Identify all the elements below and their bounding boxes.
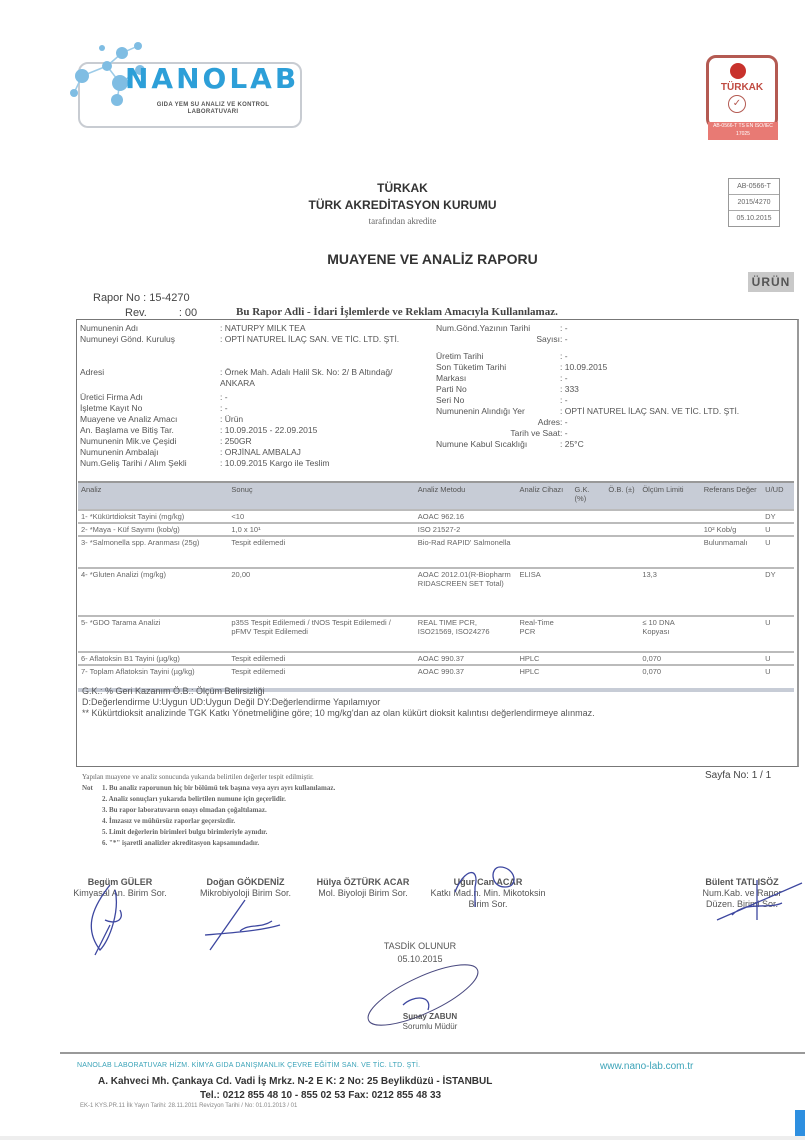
- table-cell: DY: [762, 510, 794, 523]
- table-cell: Tespit edilemedi: [228, 536, 414, 568]
- logo-tagline: GIDA YEM SU ANALIZ VE KONTROL LABORATUVA…: [138, 102, 288, 116]
- table-cell: AOAC 2012.01(R-Biopharm RIDASCREEN SET T…: [415, 568, 517, 616]
- info-value: : OPTİ NATUREL İLAÇ SAN. VE TİC. LTD. ŞT…: [220, 334, 420, 345]
- info-value: : -: [220, 392, 228, 402]
- table-cell: [639, 536, 700, 568]
- table-row: 2- *Maya - Küf Sayımı (kob/g)1,0 x 10¹IS…: [78, 523, 794, 536]
- info-label: Muayene ve Analiz Amacı: [80, 414, 220, 425]
- footnote-item: 5. Limit değerlerin birimleri bulgu biri…: [102, 827, 335, 838]
- report-number-value: 15-4270: [149, 292, 189, 304]
- table-cell: p35S Tespit Edilemedi / tNOS Tespit Edil…: [228, 616, 414, 652]
- table-cell: [572, 523, 606, 536]
- revision-label: Rev.: [125, 307, 147, 319]
- revision: Rev.: 00: [93, 307, 197, 319]
- col-result: Sonuç: [228, 482, 414, 510]
- signature-mark: [200, 895, 290, 955]
- signature-mark: [445, 862, 535, 912]
- info-row: Num.Geliş Tarihi / Alım Şekli: 10.09.201…: [80, 458, 329, 469]
- info-value: : 250GR: [220, 436, 252, 446]
- table-cell: [605, 536, 639, 568]
- footer-phone: Tel.: 0212 855 48 10 - 855 02 53 Fax: 02…: [200, 1090, 441, 1101]
- table-cell: 6- Aflatoksin B1 Tayini (µg/kg): [78, 652, 228, 665]
- info-row: Üretici Firma Adı: -: [80, 392, 228, 403]
- bottom-border: [0, 1136, 805, 1140]
- info-value: : ORJİNAL AMBALAJ: [220, 447, 301, 457]
- table-cell: DY: [762, 568, 794, 616]
- info-label: Numuneyi Gönd. Kuruluş: [80, 334, 220, 345]
- footnote-item: 2. Analiz sonuçları yukarıda belirtilen …: [102, 794, 335, 805]
- manager-name: Sunay ZABUN: [370, 1012, 490, 1022]
- info-row: Son Tüketim Tarihi: 10.09.2015: [436, 362, 607, 373]
- info-row: İşletme Kayıt No: -: [80, 403, 228, 414]
- info-label: Üretim Tarihi: [436, 351, 560, 362]
- report-title: MUAYENE VE ANALİZ RAPORU: [0, 251, 805, 267]
- report-number-label: Rapor No :: [93, 292, 146, 304]
- info-row: Markası: -: [436, 373, 568, 384]
- table-cell: [701, 652, 762, 665]
- info-label: Son Tüketim Tarihi: [436, 362, 560, 373]
- approval-block: TASDİK OLUNUR 05.10.2015: [360, 940, 480, 966]
- footer-divider: [60, 1052, 805, 1054]
- org-short-name: TÜRKAK: [0, 181, 805, 195]
- manager-title: Sorumlu Müdür: [370, 1022, 490, 1032]
- info-value: : 10.09.2015 Kargo ile Teslim: [220, 458, 329, 468]
- signature-mark: [80, 880, 150, 960]
- info-value: : -: [220, 403, 228, 413]
- col-device: Analiz Cihazı: [516, 482, 571, 510]
- info-row: Muayene ve Analiz Amacı: Ürün: [80, 414, 243, 425]
- info-label: Adresi: [80, 367, 220, 378]
- info-label: İşletme Kayıt No: [80, 403, 220, 414]
- report-number: Rapor No : 15-4270: [93, 292, 190, 304]
- info-value: : -: [560, 334, 568, 344]
- legend-note: ** Kükürtdioksit analizinde TGK Katkı Yö…: [82, 708, 782, 719]
- check-icon: ✓: [728, 95, 746, 113]
- info-row: Parti No: 333: [436, 384, 579, 395]
- info-label: Üretici Firma Adı: [80, 392, 220, 403]
- col-evaluation: U/UD: [762, 482, 794, 510]
- logo-wordmark: NANOLAB: [125, 62, 299, 95]
- table-cell: AOAC 962.16: [415, 510, 517, 523]
- info-row: Numuneyi Gönd. Kuruluş: OPTİ NATUREL İLA…: [80, 334, 420, 345]
- table-cell: U: [762, 536, 794, 568]
- table-cell: AOAC 990.37: [415, 652, 517, 665]
- table-cell: [701, 510, 762, 523]
- info-value: : 10.09.2015: [560, 362, 607, 372]
- info-value: : OPTİ NATUREL İLAÇ SAN. VE TİC. LTD. ŞT…: [560, 406, 739, 416]
- table-cell: [572, 652, 606, 665]
- col-recovery: G.K. (%): [572, 482, 606, 510]
- table-row: 3- *Salmonella spp. Aranması (25g)Tespit…: [78, 536, 794, 568]
- info-row: Numunenin Mik.ve Çeşidi: 250GR: [80, 436, 252, 447]
- accredited-by-text: tarafından akredite: [0, 216, 805, 226]
- info-value: : NATURPY MILK TEA: [220, 323, 306, 333]
- col-limit: Ölçüm Limiti: [639, 482, 700, 510]
- footer-company: NANOLAB LABORATUVAR HİZM. KİMYA GIDA DAN…: [77, 1062, 420, 1069]
- crescent-star-icon: [730, 63, 746, 79]
- page-indicator: Sayfa No: 1 / 1: [705, 770, 771, 781]
- table-cell: Bio-Rad RAPID' Salmonella: [415, 536, 517, 568]
- info-value: : -: [560, 417, 568, 427]
- analysis-table: Analiz Sonuç Analiz Metodu Analiz Cihazı…: [78, 481, 794, 692]
- table-cell: <10: [228, 510, 414, 523]
- info-label: Numunenin Ambalajı: [80, 447, 220, 458]
- table-cell: [605, 510, 639, 523]
- table-row: 5- *GDO Tarama Analizip35S Tespit Edilem…: [78, 616, 794, 652]
- table-cell: 0,070: [639, 652, 700, 665]
- table-cell: 1- *Kükürtdioksit Tayini (mg/kg): [78, 510, 228, 523]
- table-cell: U: [762, 523, 794, 536]
- info-label: Numunenin Mik.ve Çeşidi: [80, 436, 220, 447]
- table-cell: [572, 510, 606, 523]
- table-cell: [572, 536, 606, 568]
- table-cell: [516, 536, 571, 568]
- info-label: Num.Geliş Tarihi / Alım Şekli: [80, 458, 220, 469]
- signatory-name: Doğan GÖKDENİZ: [198, 877, 293, 888]
- org-full-name: TÜRK AKREDİTASYON KURUMU: [0, 198, 805, 212]
- table-cell: [572, 616, 606, 652]
- info-label: Num.Gönd.Yazının Tarihi: [436, 323, 560, 334]
- signatory-name: Hülya ÖZTÜRK ACAR: [313, 877, 413, 888]
- info-value: : -: [560, 428, 568, 438]
- col-reference: Referans Değer: [701, 482, 762, 510]
- info-row: Adres: -: [436, 417, 568, 428]
- turkak-badge-label: TÜRKAK: [706, 82, 778, 93]
- table-cell: 1,0 x 10¹: [228, 523, 414, 536]
- usage-notice: Bu Rapor Adli - İdari İşlemlerde ve Rekl…: [236, 306, 558, 318]
- footnote-list: Not 1. Bu analiz raporunun hiç bir bölüm…: [82, 783, 335, 849]
- footnote-item: 3. Bu rapor laboratuvarın onayı olmadan …: [102, 805, 335, 816]
- table-cell: Tespit edilemedi: [228, 652, 414, 665]
- info-label: Numune Kabul Sıcaklığı: [436, 439, 560, 450]
- table-cell: [516, 523, 571, 536]
- col-analysis: Analiz: [78, 482, 228, 510]
- info-label: Parti No: [436, 384, 560, 395]
- footer-doc-ref: EK-1 KYS.PR.11 İlk Yayın Tarihi: 28.11.2…: [80, 1103, 297, 1109]
- footnote-item: 4. İmzasız ve mühürsüz raporlar geçersiz…: [102, 816, 335, 827]
- table-header-row: Analiz Sonuç Analiz Metodu Analiz Cihazı…: [78, 482, 794, 510]
- info-row: Num.Gönd.Yazının Tarihi: -: [436, 323, 568, 334]
- turkak-ribbon: AB-0566-T TS EN ISO/IEC 17025: [708, 122, 778, 140]
- table-cell: Real-Time PCR: [516, 616, 571, 652]
- legend-abbrev: G.K.: % Geri Kazanım Ö.B.: Ölçüm Belirsi…: [82, 686, 782, 697]
- approval-date: 05.10.2015: [360, 953, 480, 966]
- info-value: : -: [560, 323, 568, 333]
- table-cell: [572, 568, 606, 616]
- table-cell: REAL TIME PCR, ISO21569, ISO24276: [415, 616, 517, 652]
- info-value: : 10.09.2015 - 22.09.2015: [220, 425, 317, 435]
- table-cell: [516, 510, 571, 523]
- info-row: Tarih ve Saat: -: [436, 428, 568, 439]
- signature-mark: [712, 875, 805, 925]
- table-cell: Bulunmamalı: [701, 536, 762, 568]
- approval-text: TASDİK OLUNUR: [360, 940, 480, 953]
- info-label: Tarih ve Saat: [436, 428, 560, 439]
- table-cell: 2- *Maya - Küf Sayımı (kob/g): [78, 523, 228, 536]
- info-label: Numunenin Alındığı Yer: [436, 406, 560, 417]
- info-row: Numunenin Alındığı Yer: OPTİ NATUREL İLA…: [436, 406, 739, 417]
- table-cell: 20,00: [228, 568, 414, 616]
- info-label: Sayısı: [436, 334, 560, 345]
- info-row: Seri No: -: [436, 395, 568, 406]
- table-cell: [605, 568, 639, 616]
- info-value: : 333: [560, 384, 579, 394]
- table-cell: [701, 616, 762, 652]
- table-cell: HPLC: [516, 652, 571, 665]
- table-cell: [605, 652, 639, 665]
- revision-value: : 00: [179, 307, 197, 319]
- table-cell: 5- *GDO Tarama Analizi: [78, 616, 228, 652]
- table-cell: [605, 523, 639, 536]
- table-cell: U: [762, 616, 794, 652]
- footer-address: A. Kahveci Mh. Çankaya Cd. Vadi İş Mrkz.…: [98, 1076, 492, 1087]
- col-method: Analiz Metodu: [415, 482, 517, 510]
- info-value: : Örnek Mah. Adalı Halil Sk. No: 2/ B Al…: [220, 367, 395, 388]
- table-cell: U: [762, 652, 794, 665]
- info-label: Seri No: [436, 395, 560, 406]
- table-cell: 10² Kob/g: [701, 523, 762, 536]
- table-cell: [701, 568, 762, 616]
- footnote-intro: Yapılan muayene ve analiz sonucunda yuka…: [82, 772, 335, 783]
- table-cell: 4- *Gluten Analizi (mg/kg): [78, 568, 228, 616]
- info-label: An. Başlama ve Bitiş Tar.: [80, 425, 220, 436]
- signatory: Hülya ÖZTÜRK ACAR Mol. Biyoloji Birim So…: [313, 877, 413, 899]
- footnotes: Yapılan muayene ve analiz sonucunda yuka…: [82, 772, 335, 849]
- info-row: Numunenin Ambalajı: ORJİNAL AMBALAJ: [80, 447, 301, 458]
- info-value: : -: [560, 373, 568, 383]
- category-tag: ÜRÜN: [748, 272, 794, 292]
- table-cell: ISO 21527-2: [415, 523, 517, 536]
- table-cell: [605, 616, 639, 652]
- page-edge-marker: [795, 1110, 805, 1138]
- info-value: : -: [560, 395, 568, 405]
- footnote-label: Not: [82, 783, 102, 849]
- info-row: An. Başlama ve Bitiş Tar.: 10.09.2015 - …: [80, 425, 317, 436]
- table-cell: 3- *Salmonella spp. Aranması (25g): [78, 536, 228, 568]
- table-cell: ELISA: [516, 568, 571, 616]
- info-row: Üretim Tarihi: -: [436, 351, 568, 362]
- legend: G.K.: % Geri Kazanım Ö.B.: Ölçüm Belirsi…: [82, 686, 782, 719]
- footer-website[interactable]: www.nano-lab.com.tr: [600, 1061, 693, 1072]
- table-row: 1- *Kükürtdioksit Tayini (mg/kg)<10AOAC …: [78, 510, 794, 523]
- footnote-item: 1. Bu analiz raporunun hiç bir bölümü te…: [102, 783, 335, 794]
- info-row: Sayısı: -: [436, 334, 568, 345]
- info-label: Adres: [436, 417, 560, 428]
- table-row: 6- Aflatoksin B1 Tayini (µg/kg)Tespit ed…: [78, 652, 794, 665]
- info-value: : -: [560, 351, 568, 361]
- info-row: Numunenin Adı: NATURPY MILK TEA: [80, 323, 306, 334]
- table-row: 4- *Gluten Analizi (mg/kg)20,00AOAC 2012…: [78, 568, 794, 616]
- table-cell: 13,3: [639, 568, 700, 616]
- info-label: Markası: [436, 373, 560, 384]
- info-row: Adresi: Örnek Mah. Adalı Halil Sk. No: 2…: [80, 367, 395, 388]
- signatory-title: Mol. Biyoloji Birim Sor.: [313, 888, 413, 899]
- table-cell: [639, 523, 700, 536]
- legend-evaluation: D:Değerlendirme U:Uygun UD:Uygun Değil D…: [82, 697, 782, 708]
- info-value: : Ürün: [220, 414, 243, 424]
- info-label: Numunenin Adı: [80, 323, 220, 334]
- manager-block: Sunay ZABUN Sorumlu Müdür: [370, 1012, 490, 1032]
- footnote-item: 6. "*" işaretli analizler akreditasyon k…: [102, 838, 335, 849]
- table-cell: ≤ 10 DNA Kopyası: [639, 616, 700, 652]
- col-uncertainty: Ö.B. (±): [605, 482, 639, 510]
- table-cell: [639, 510, 700, 523]
- info-value: : 25°C: [560, 439, 584, 449]
- info-row: Numune Kabul Sıcaklığı: 25°C: [436, 439, 584, 450]
